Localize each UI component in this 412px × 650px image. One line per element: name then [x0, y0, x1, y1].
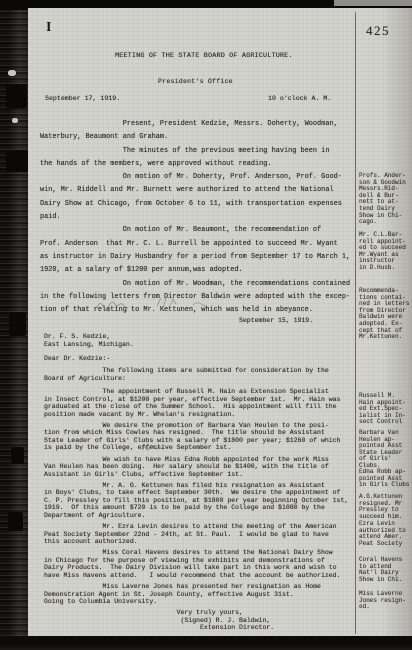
letter-paragraph: We desire the promotion of Barbara Van H… [44, 422, 369, 452]
paper-speck [8, 70, 16, 76]
scanned-page: I 425 MEETING OF THE STATE BOARD OF AGRI… [0, 0, 412, 650]
margin-note: Mr. C.L.Bar- rell appoint- ed to succeed… [359, 232, 412, 272]
letter-paragraph: Miss Laverne Jones has presented her res… [44, 583, 369, 606]
margin-notes: Profs. Ander- son & Goodwin Messrs.Rid- … [359, 8, 412, 636]
ink-blot [11, 447, 24, 464]
document-page: I 425 MEETING OF THE STATE BOARD OF AGRI… [28, 8, 412, 636]
handwritten-scribble [95, 296, 215, 314]
letter-paragraphs: The appointment of Russell M. Hain as Ex… [44, 388, 369, 632]
ink-blot [9, 312, 26, 336]
letter-salutation: Dear Dr. Kedzie:- [44, 355, 110, 362]
letter-paragraph: Miss Coral Havens desires to attend the … [44, 549, 369, 579]
document-subtitle: President's Office [158, 78, 233, 85]
scan-top-edge-right [334, 0, 412, 6]
margin-note: Russell M. Hain appoint- ed Ext.Spec- ia… [359, 393, 412, 426]
letter-paragraph: Mr. A. G. Kettunen has filed his resigna… [44, 482, 369, 520]
margin-note: Ezra Levin authorized to attend Amer. Pe… [359, 521, 412, 547]
letter-address: Dr. F. S. Kedzie, East Lansing, Michigan… [44, 333, 134, 348]
document-title: MEETING OF THE STATE BOARD OF AGRICULTUR… [115, 52, 293, 60]
margin-note: A.G.Kettunen resigned. Mr Pressley to su… [359, 494, 412, 520]
letter-paragraph: We wish to have Miss Edna Robb appointed… [44, 456, 369, 479]
letter-paragraph: Mr. Ezra Levin desires to attend the mee… [44, 523, 369, 546]
paper-speck [12, 118, 18, 123]
meeting-date: September 17, 1919. [45, 95, 120, 102]
margin-note: Edna Robb ap- pointed Asst in Girls Club… [359, 469, 412, 489]
ink-blot [6, 150, 28, 172]
letter-intro: The following items are submitted for co… [44, 367, 366, 382]
letter-date: September 15, 1919. [239, 317, 313, 324]
letter-closing: Very truly yours, (Signed) R. J. Baldwin… [44, 609, 369, 632]
letter-paragraph: The appointment of Russell M. Hain as Ex… [44, 388, 369, 418]
margin-note: Coral Havens to attend Nat'l Dairy Show … [359, 557, 412, 583]
margin-note: Recommenda- tions contai- ned in letters… [359, 288, 412, 341]
letter-paragraph-list: The appointment of Russell M. Hain as Ex… [44, 388, 369, 606]
margin-note: Barbara Van Heulen ap- pointed Asst Stat… [359, 430, 412, 470]
meeting-time: 10 o'clock A. M. [268, 95, 331, 102]
ink-blot [8, 512, 23, 531]
edge-mark: I [46, 20, 51, 36]
scan-bottom-edge [0, 636, 412, 650]
minutes-text: Present, President Kedzie, Messrs. Doher… [40, 118, 362, 317]
margin-note: Miss Laverne Jones resign- ed. [359, 591, 412, 611]
margin-note: Profs. Ander- son & Goodwin Messrs.Rid- … [359, 173, 412, 226]
scan-left-edge [0, 0, 28, 650]
ink-blot [6, 84, 27, 108]
